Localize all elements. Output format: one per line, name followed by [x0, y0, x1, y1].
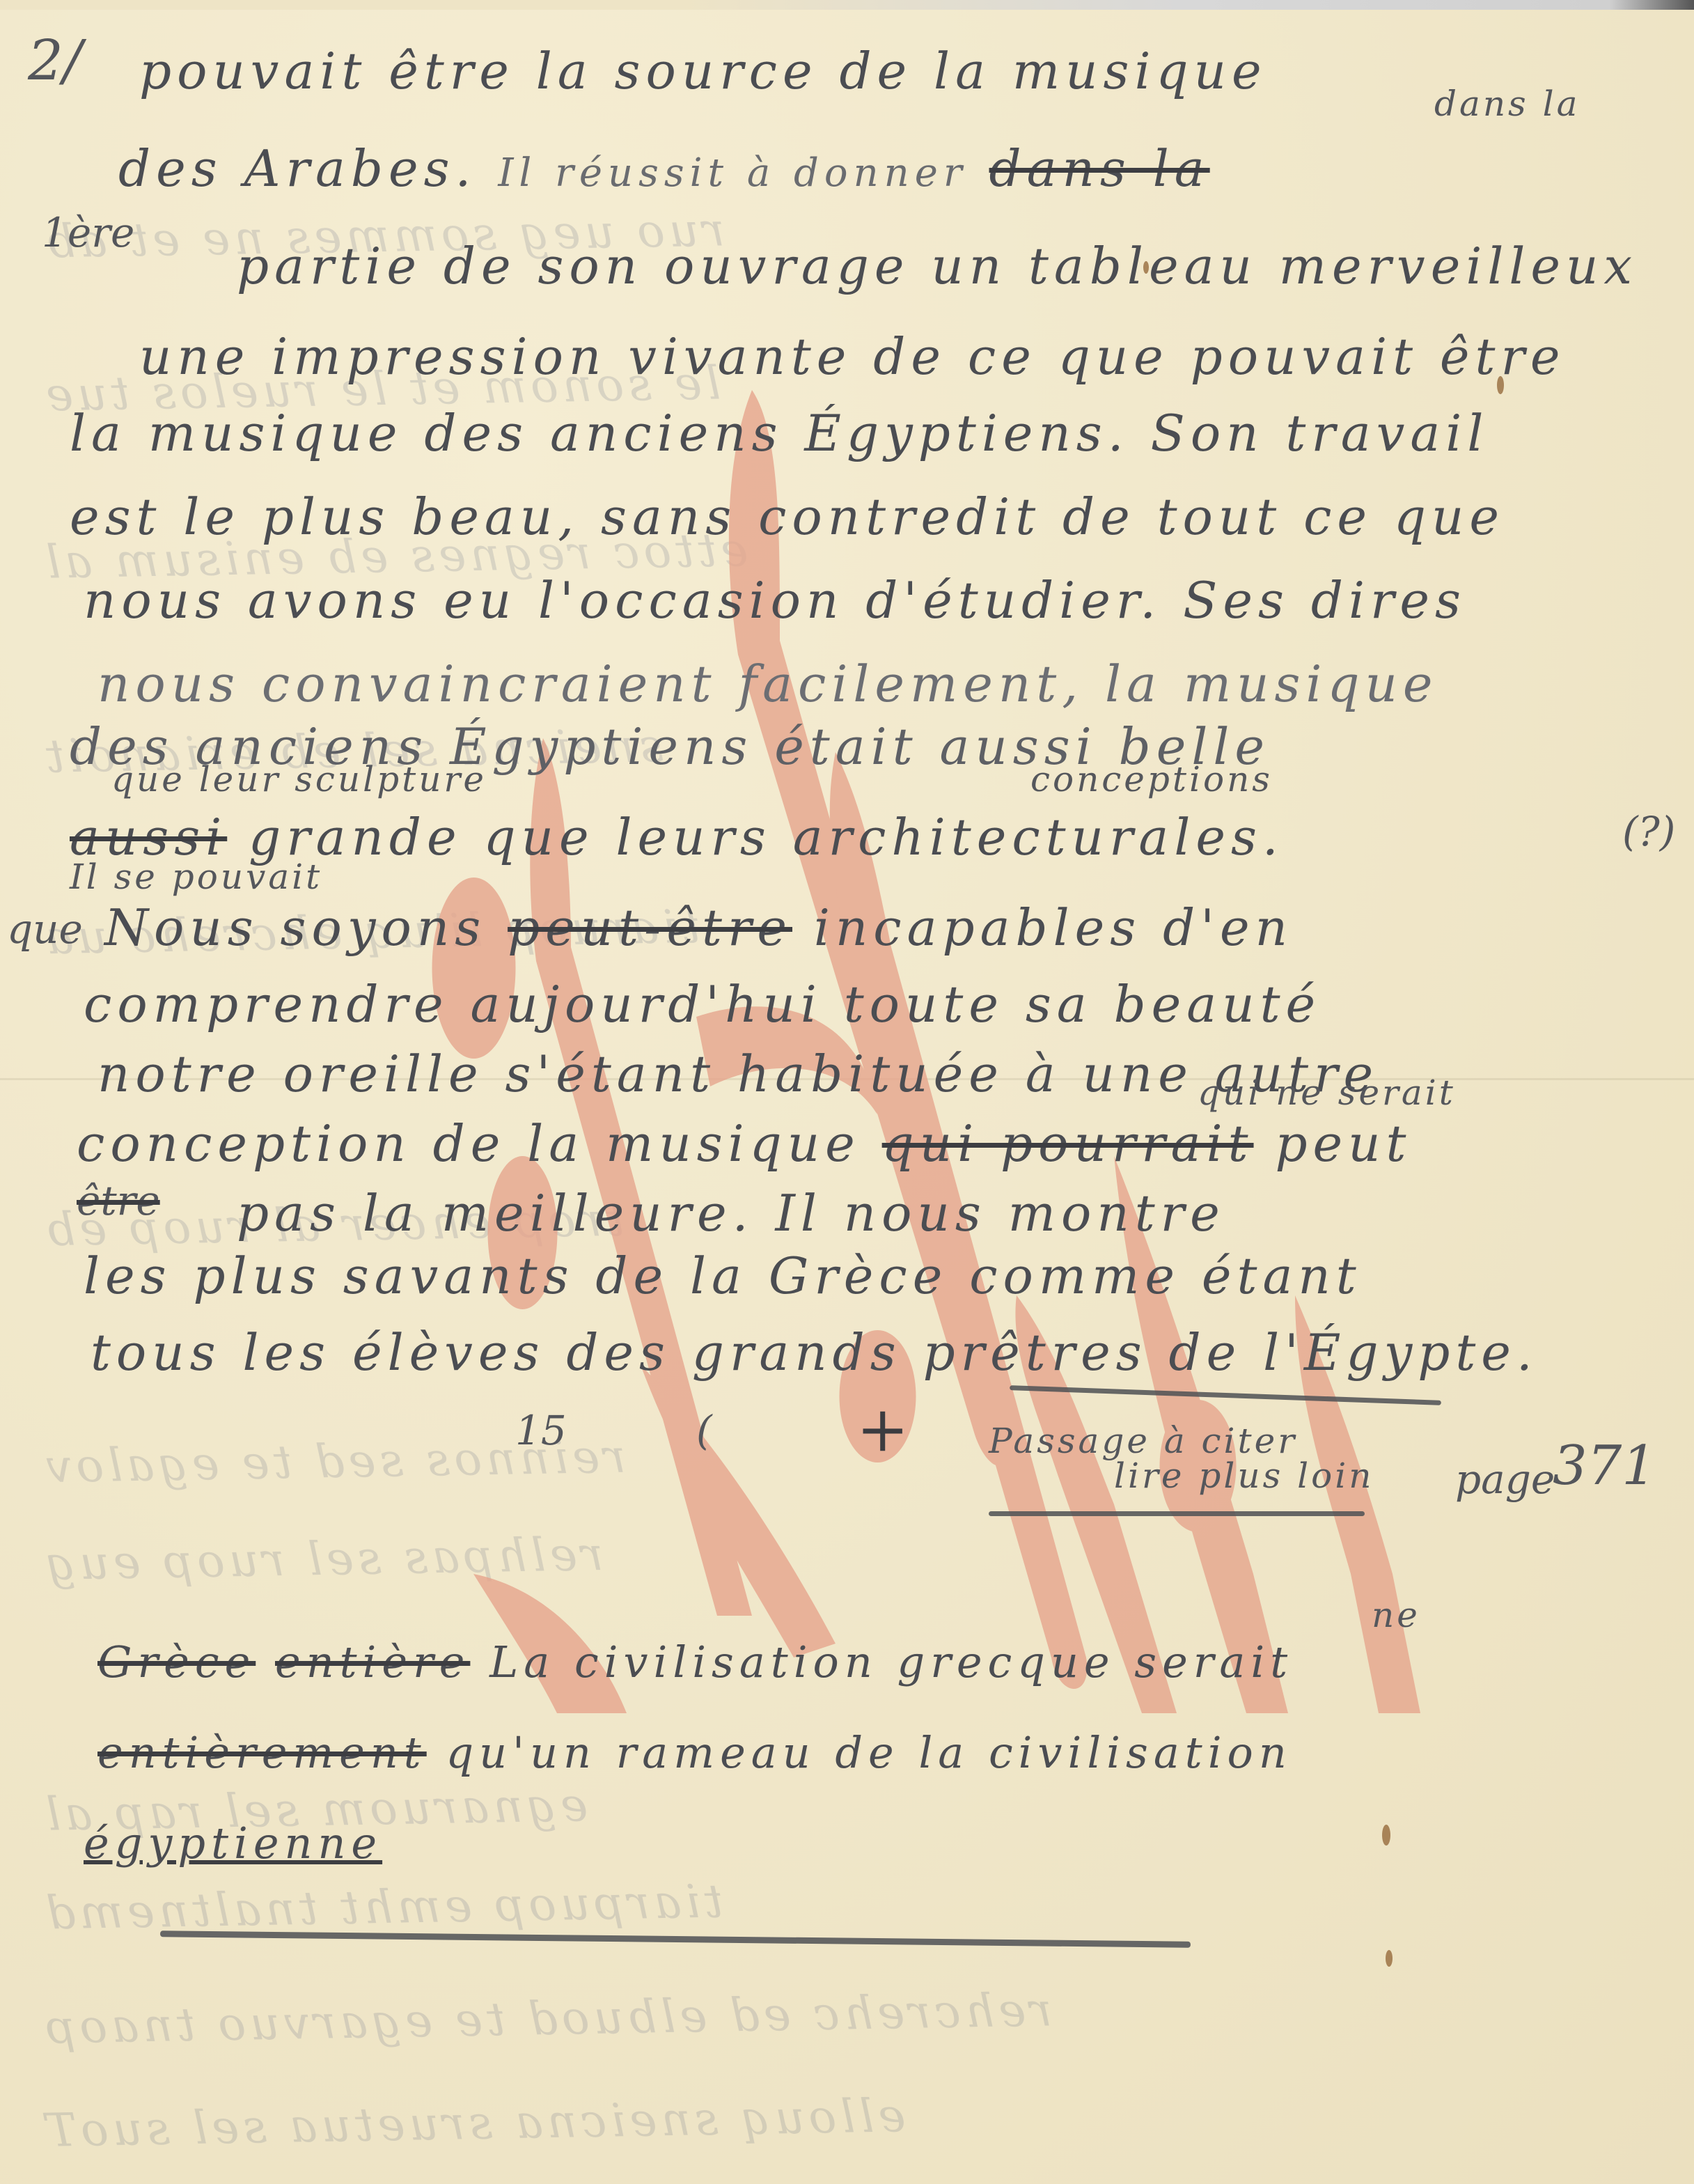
struck-entiere: entière: [275, 1637, 470, 1687]
text-line-14-a: conception de la musique: [77, 1114, 861, 1173]
paragraph2-line-1: Grèce entière La civilisation grecque se…: [97, 1637, 1293, 1687]
citation-rule-top: [1010, 1385, 1441, 1405]
text-line-11: Nous soyons peut-être incapables d'en: [104, 898, 1293, 957]
text-line-5: la musique des anciens Égyptiens. Son tr…: [70, 404, 1489, 462]
paper-stain: [1386, 1950, 1393, 1967]
struck-text: dans la: [989, 139, 1210, 198]
paragraph2-line-2-text: qu'un rameau de la civilisation: [446, 1727, 1292, 1778]
paper-stain: [1497, 376, 1504, 394]
citation-page-number: 371: [1553, 1435, 1656, 1497]
page-number-margin: 2/: [28, 28, 82, 93]
struck-qui-pourrait: qui pourrait: [882, 1114, 1254, 1173]
text-line-17: tous les élèves des grands prêtres de l'…: [91, 1323, 1538, 1382]
struck-peut-etre: peut-être: [508, 898, 792, 957]
paper-stain: [1143, 261, 1149, 274]
text-line-7: nous avons eu l'occasion d'étudier. Ses …: [84, 571, 1466, 630]
insertion-il-se-pouvait: Il se pouvait: [70, 857, 322, 897]
manuscript-page: ruo ueg sommes ne et ab le sonom et le r…: [0, 0, 1694, 2184]
text-line-8: nous convaincraient facilement, la musiq…: [97, 655, 1438, 713]
closing-rule: [160, 1930, 1191, 1947]
paragraph2-line-1-text: La civilisation grecque serait: [489, 1637, 1293, 1687]
text-line-14: conception de la musique qui pourrait pe…: [77, 1114, 1411, 1173]
text-line-4: une impression vivante de ce que pouvait…: [139, 327, 1565, 386]
text-line-2-main: Il réussit à donner: [498, 150, 967, 196]
paper-stain: [1382, 1825, 1390, 1846]
citation-mark-plus: +: [856, 1393, 909, 1466]
citation-line-2: lire plus loin: [1114, 1456, 1374, 1496]
insertion-ne: ne: [1372, 1595, 1420, 1635]
text-line-11-b: incapables d'en: [814, 898, 1293, 957]
text-line-12: comprendre aujourd'hui toute sa beauté: [84, 975, 1321, 1033]
insertion-que-leur-sculpture: que leur sculpture: [111, 759, 487, 799]
insertion-conceptions: conceptions: [1030, 759, 1273, 799]
insertion-dans-la: dans la: [1434, 84, 1580, 124]
struck-grece: Grèce: [97, 1637, 256, 1687]
citation-mark-paren: (: [696, 1407, 712, 1454]
paragraph2-line-2: entièrement qu'un rameau de la civilisat…: [97, 1727, 1292, 1778]
paragraph2-line-3: égyptienne: [84, 1818, 382, 1869]
text-line-11-a: Nous soyons: [104, 898, 486, 957]
insertion-qui-ne-serait: qui ne serait: [1198, 1072, 1456, 1113]
citation-rule-bottom: [989, 1511, 1365, 1516]
margin-note-1ere: 1ère: [42, 209, 134, 256]
struck-entierement: entièrement: [97, 1727, 427, 1778]
text-line-15: pas la meilleure. Il nous montre: [237, 1184, 1225, 1242]
text-line-1: pouvait être la source de la musique: [139, 42, 1267, 100]
text-line-13: notre oreille s'étant habituée à une aut…: [97, 1045, 1379, 1103]
margin-que: que: [7, 905, 83, 953]
citation-mark-15: 15: [515, 1407, 567, 1454]
scan-top-edge: [0, 0, 1694, 10]
text-line-2: des Arabes. Il réussit à donner dans la: [118, 139, 1210, 198]
text-line-16: les plus savants de la Grèce comme étant: [84, 1247, 1362, 1305]
text-line-6: est le plus beau, sans contredit de tout…: [70, 487, 1505, 546]
citation-page-label: page: [1455, 1456, 1555, 1503]
margin-struck-etre: être: [77, 1177, 160, 1224]
text-line-14-b: peut: [1275, 1114, 1411, 1173]
text-line-2-prefix: des Arabes.: [118, 139, 476, 198]
text-line-10-main: grande que leurs architecturales.: [249, 808, 1284, 866]
margin-question: (?): [1622, 808, 1675, 855]
text-line-3: partie de son ouvrage un tableau merveil…: [237, 237, 1638, 295]
